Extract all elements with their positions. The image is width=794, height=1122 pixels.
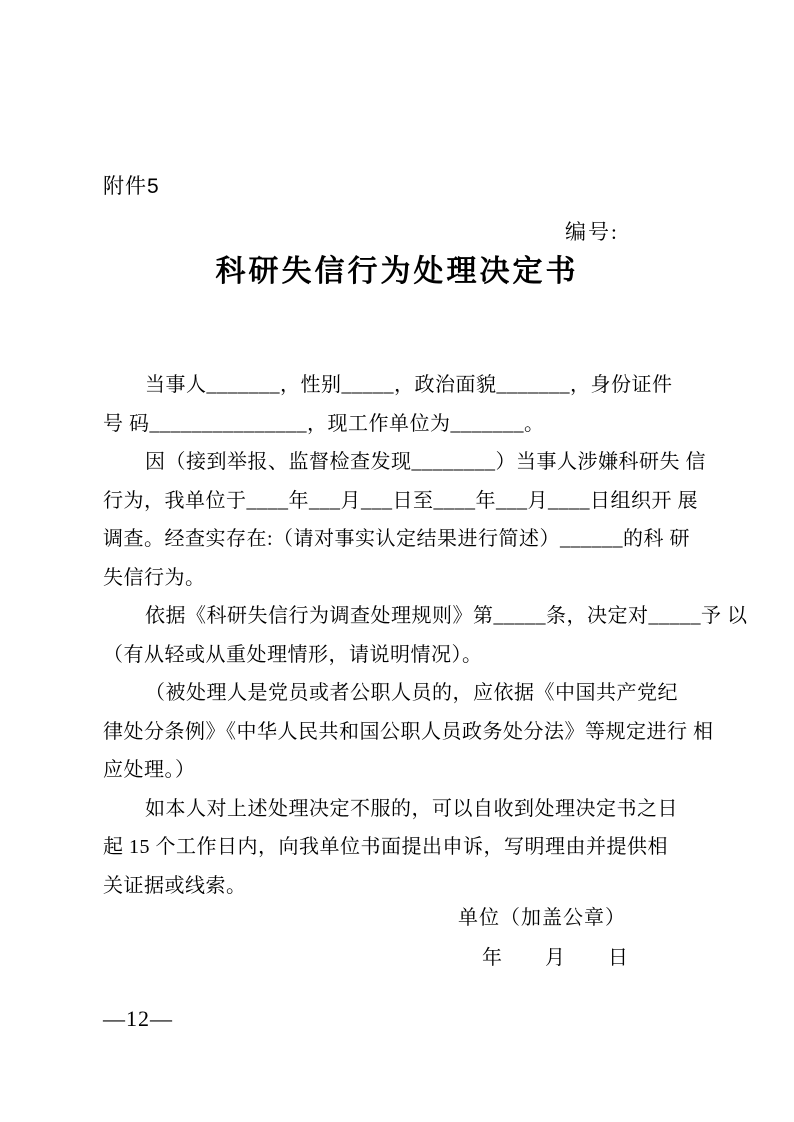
body-line: 应处理。） xyxy=(103,751,723,790)
body-line: 依据《科研失信行为调查处理规则》第_____条，决定对_____予 以 xyxy=(103,597,723,636)
body-line: 行为，我单位于____年___月___日至____年___月____日组织开 展 xyxy=(103,482,723,521)
document-page: 附件5 编号: 科研失信行为处理决定书 当事人_______，性别_____，政… xyxy=(0,0,794,1122)
doc-number-label: 编号: xyxy=(565,216,619,246)
signature-unit-line: 单位（加盖公章） xyxy=(458,901,626,930)
body-line: 关证据或线索。 xyxy=(103,867,723,906)
attachment-label: 附件5 xyxy=(103,170,160,200)
body-line: 当事人_______，性别_____，政治面貌_______，身份证件 xyxy=(103,366,723,405)
document-body: 当事人_______，性别_____，政治面貌_______，身份证件 号 码_… xyxy=(103,366,723,905)
body-line: 调查。经查实存在:（请对事实认定结果进行简述）______的科 研 xyxy=(103,520,723,559)
body-line: 号 码_______________，现工作单位为_______。 xyxy=(103,405,723,444)
signature-date-line: 年 月 日 xyxy=(482,941,629,970)
footer-page-number: —12— xyxy=(103,1006,173,1032)
body-line: 因（接到举报、监督检查发现________）当事人涉嫌科研失 信 xyxy=(103,443,723,482)
body-line: 失信行为。 xyxy=(103,559,723,598)
body-line: 如本人对上述处理决定不服的，可以自收到处理决定书之日 xyxy=(103,790,723,829)
body-line: （被处理人是党员或者公职人员的，应依据《中国共产党纪 xyxy=(103,674,723,713)
page-title: 科研失信行为处理决定书 xyxy=(0,246,794,290)
body-line: （有从轻或从重处理情形，请说明情况）。 xyxy=(103,636,723,675)
body-line: 律处分条例》《中华人民共和国公职人员政务处分法》等规定进行 相 xyxy=(103,713,723,752)
body-line: 起 15 个工作日内，向我单位书面提出申诉，写明理由并提供相 xyxy=(103,828,723,867)
